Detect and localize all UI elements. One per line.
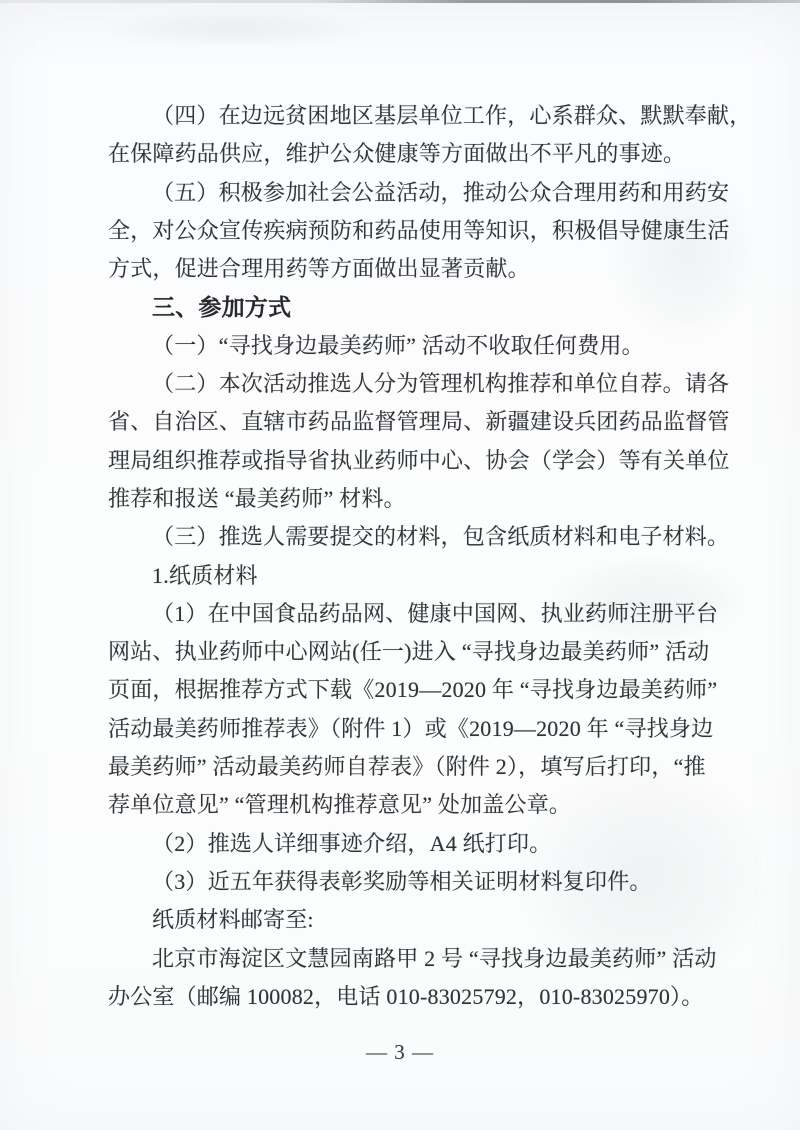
document-line: （三）推选人需要提交的材料，包含纸质材料和电子材料。 [108,518,726,556]
document-lines: （四）在边远贫困地区基层单位工作，心系群众、默默奉献，在保障药品供应，维护公众健… [108,97,726,1016]
document-line: （四）在边远贫困地区基层单位工作，心系群众、默默奉献， [108,97,726,135]
document-line: （3）近五年获得表彰奖励等相关证明材料复印件。 [108,863,726,901]
page-number: — 3 — [0,1040,800,1065]
document-line: （二）本次活动推选人分为管理机构推荐和单位自荐。请各 [108,365,726,403]
document-line: （1）在中国食品药品网、健康中国网、执业药师注册平台 [108,595,726,633]
scan-edge-artifact [0,0,800,3]
document-line: 网站、执业药师中心网站(任一)进入 “寻找身边最美药师” 活动 [108,633,726,671]
document-line: 办公室（邮编 100082，电话 010-83025792，010-830259… [108,978,726,1016]
section-heading: 三、参加方式 [108,288,726,326]
document-line: 活动最美药师推荐表》（附件 1）或《2019—2020 年 “寻找身边 [108,710,726,748]
document-line: 推荐和报送 “最美药师” 材料。 [108,480,726,518]
document-line: 省、自治区、直辖市药品监督管理局、新疆建设兵团药品监督管 [108,403,726,441]
document-line: 全，对公众宣传疾病预防和药品使用等知识，积极倡导健康生活 [108,212,726,250]
document-line: 理局组织推荐或指导省执业药师中心、协会（学会）等有关单位 [108,442,726,480]
document-line: （2）推选人详细事迹介绍，A4 纸打印。 [108,825,726,863]
document-line: 北京市海淀区文慧园南路甲 2 号 “寻找身边最美药师” 活动 [108,940,726,978]
document-line: 1.纸质材料 [108,557,726,595]
document-line: 方式，促进合理用药等方面做出显著贡献。 [108,250,726,288]
document-line: 最美药师” 活动最美药师自荐表》（附件 2），填写后打印，“推 [108,748,726,786]
document-line: （一）“寻找身边最美药师” 活动不收取任何费用。 [108,327,726,365]
document-line: （五）积极参加社会公益活动，推动公众合理用药和用药安 [108,174,726,212]
document-line: 在保障药品供应，维护公众健康等方面做出不平凡的事迹。 [108,135,726,173]
document-line: 页面，根据推荐方式下载《2019—2020 年 “寻找身边最美药师” [108,671,726,709]
document-page: （四）在边远贫困地区基层单位工作，心系群众、默默奉献，在保障药品供应，维护公众健… [0,0,800,1130]
bleed-through-artifact [100,12,370,46]
document-line: 荐单位意见” “管理机构推荐意见” 处加盖公章。 [108,786,726,824]
document-line: 纸质材料邮寄至: [108,901,726,939]
